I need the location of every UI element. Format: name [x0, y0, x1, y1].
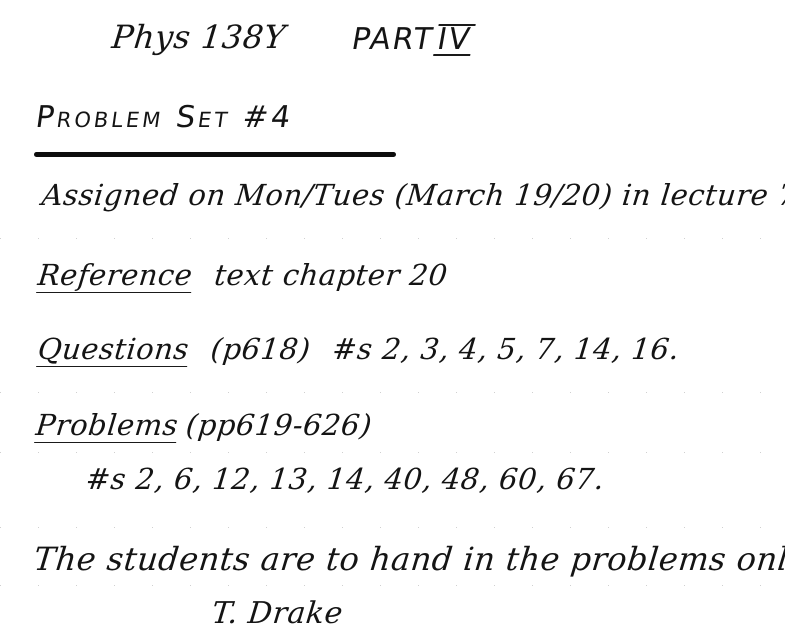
scan-speckle [0, 238, 785, 239]
reference-label: Reference [36, 258, 194, 293]
scan-speckle [0, 585, 785, 586]
problems-label: Problems [34, 408, 180, 443]
title-underline [34, 152, 396, 157]
questions-label: Questions [36, 332, 191, 367]
questions-line: Questions(p618)#s 2, 3, 4, 5, 7, 14, 16. [36, 332, 681, 366]
closing-instruction: The students are to hand in the problems… [32, 540, 785, 578]
problems-numbers: #s 2, 6, 12, 13, 14, 40, 48, 60, 67. [84, 462, 606, 496]
scan-speckle [0, 392, 785, 393]
part-label: PART [349, 22, 437, 57]
part-heading: PARTIV [349, 22, 476, 57]
signature: T. Drake [210, 596, 345, 631]
questions-pages: (p618) [209, 332, 312, 366]
scan-speckle [0, 527, 785, 528]
questions-numbers: #s 2, 3, 4, 5, 7, 14, 16. [331, 332, 681, 366]
problems-line: Problems(pp619-626) [34, 408, 374, 442]
part-number: IV [433, 24, 476, 56]
course-code: Phys 138Y [110, 18, 288, 56]
handwritten-document-page: Phys 138Y PARTIV Problem Set #4 Assigned… [0, 0, 785, 636]
reference-line: Referencetext chapter 20 [36, 258, 449, 292]
problems-pages: (pp619-626) [184, 408, 373, 442]
reference-text: text chapter 20 [213, 258, 450, 292]
assigned-line: Assigned on Mon/Tues (March 19/20) in le… [40, 178, 785, 212]
scan-speckle [0, 452, 785, 453]
problem-set-title: Problem Set #4 [34, 100, 296, 135]
